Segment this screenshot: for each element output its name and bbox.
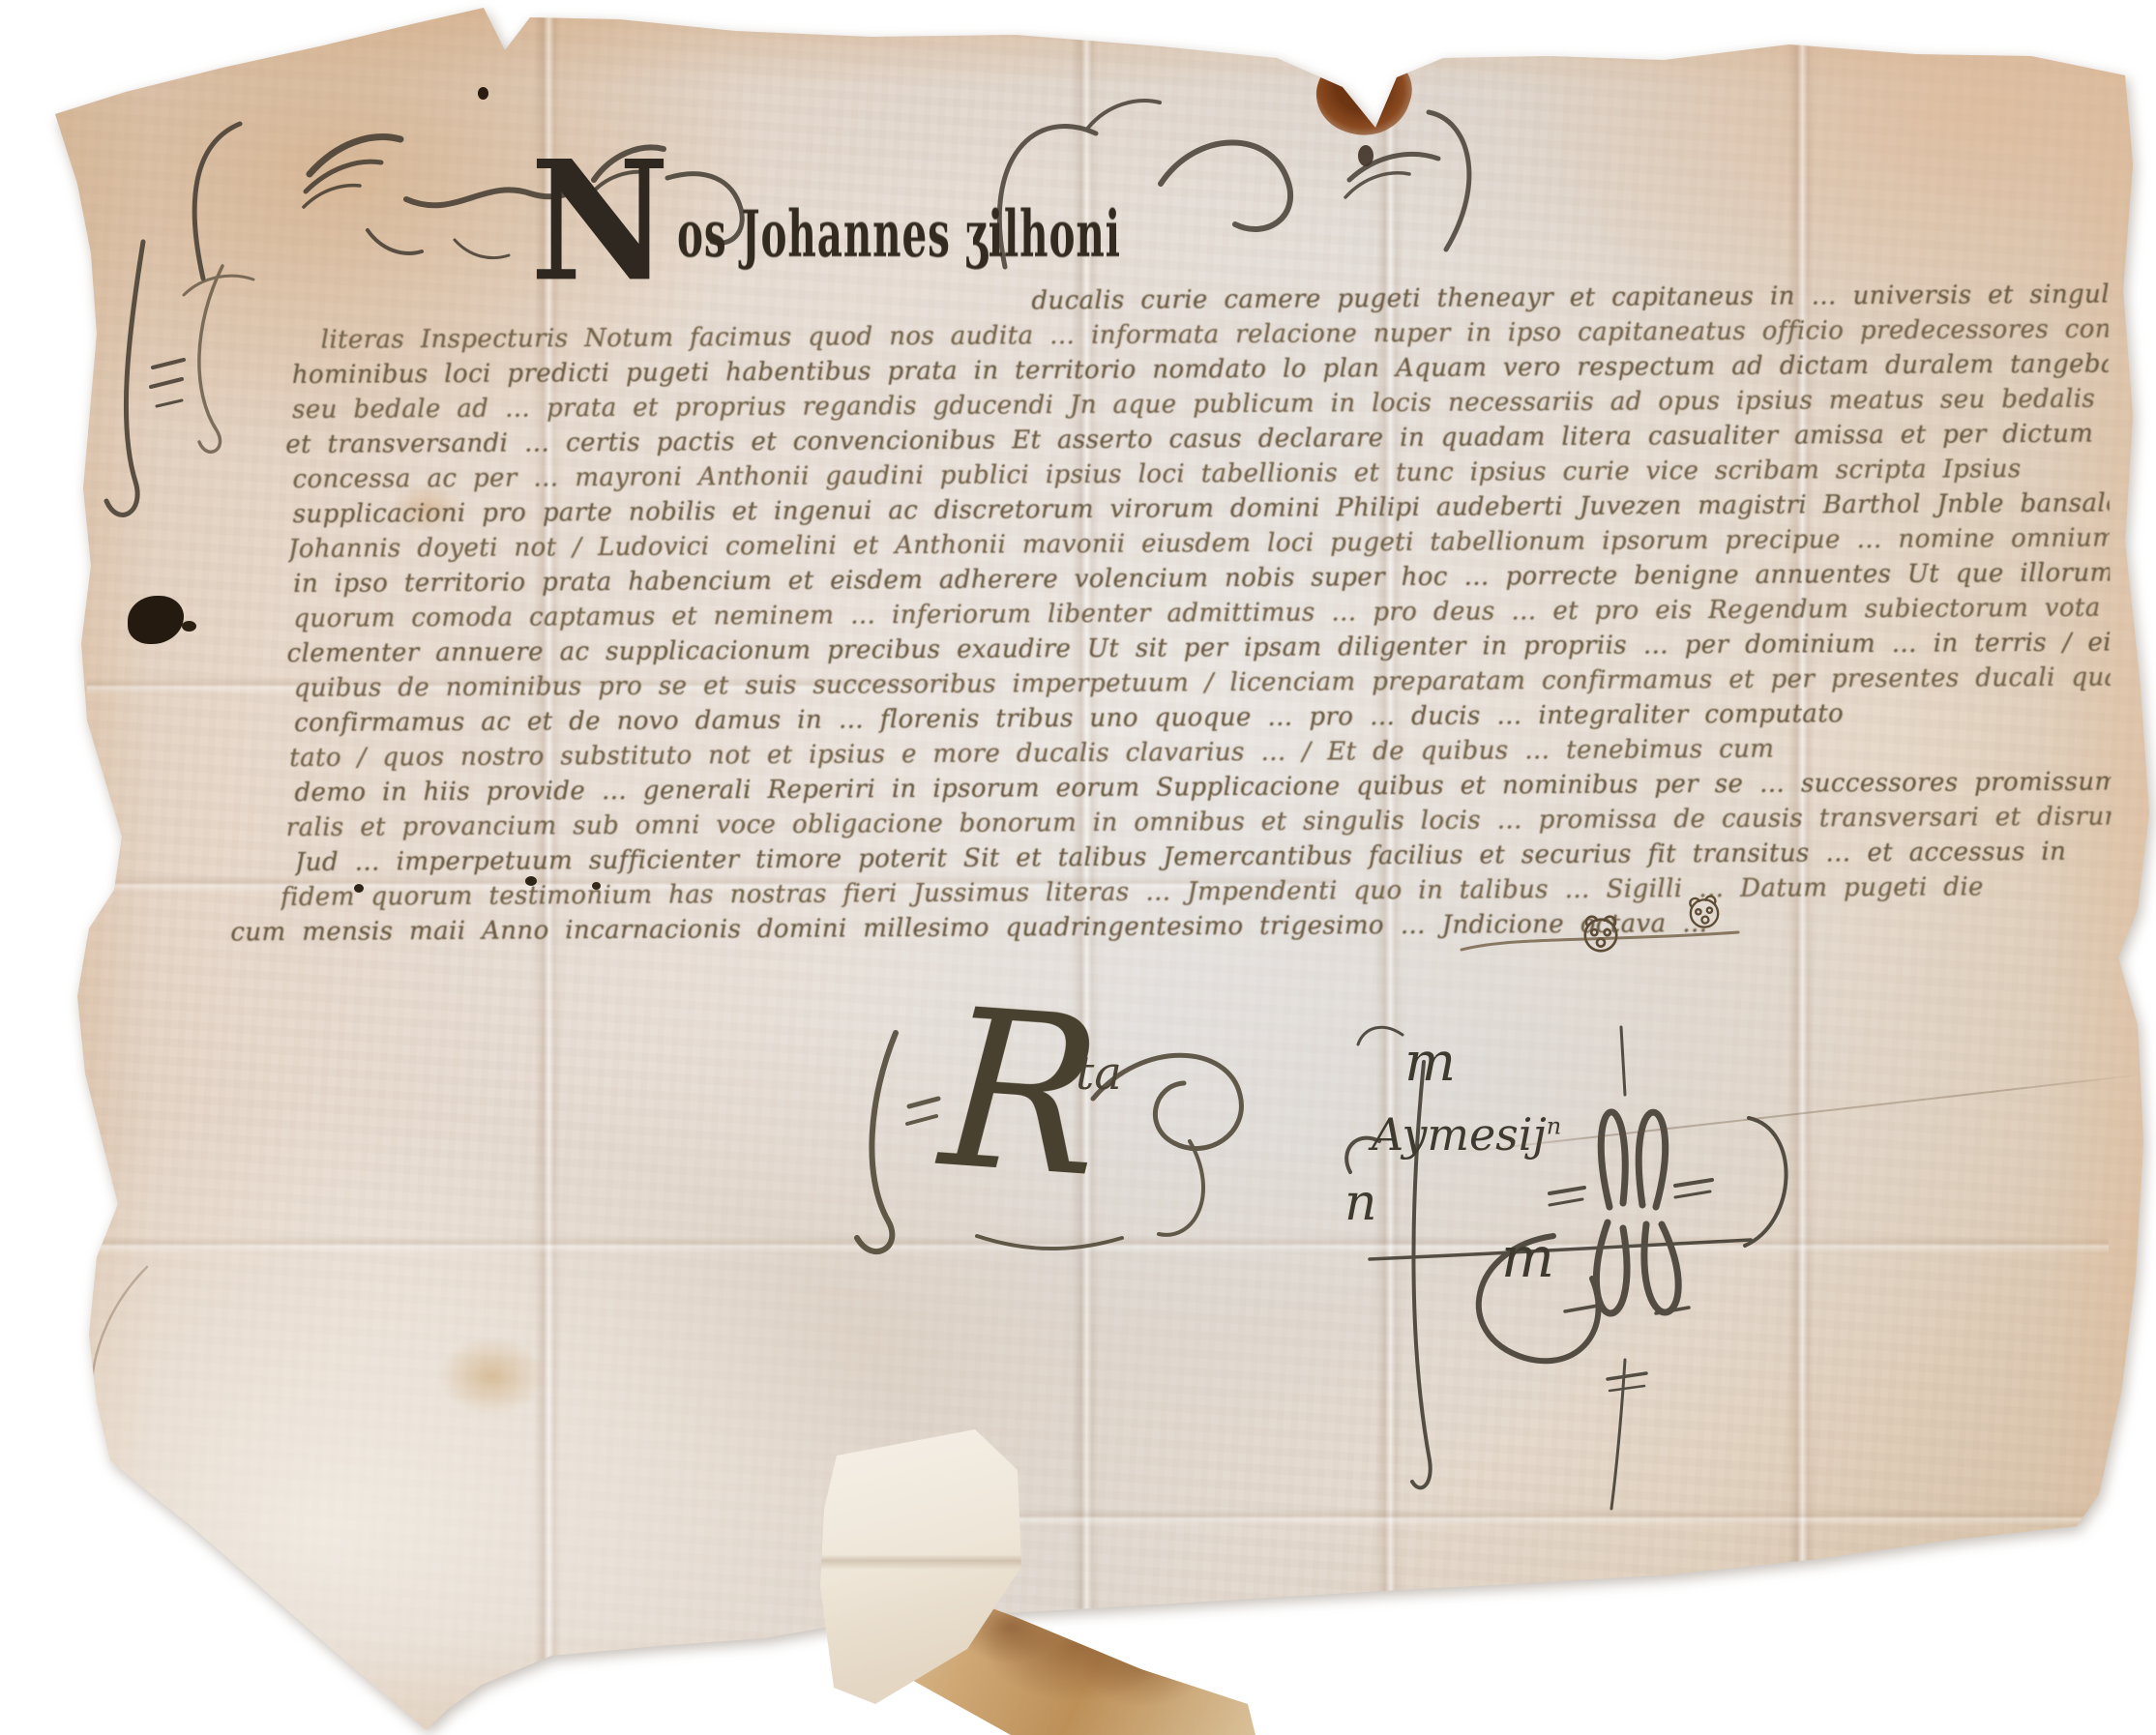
notary-name-superscript: n — [1547, 1113, 1561, 1140]
notary-lower-m: m — [1501, 1224, 1554, 1290]
charter-text-block: ducalis curie camere pugeti theneayr et … — [0, 0, 2156, 1735]
signature-underline-icon — [1456, 921, 1746, 959]
notary-left-n: n — [1344, 1174, 1377, 1232]
manuscript-line: ducalis curie camere pugeti theneayr et … — [1031, 279, 2108, 319]
notary-name: Aymesijn — [1372, 1108, 1561, 1161]
parchment-wrap: N os Johannes ʒilhoni ducalis curie came… — [0, 0, 2156, 1735]
registration-superscript: ta — [1076, 1046, 1122, 1101]
manuscript-photo: N os Johannes ʒilhoni ducalis curie came… — [0, 0, 2156, 1735]
notary-upper-m: m — [1404, 1031, 1456, 1094]
parchment-sheet: N os Johannes ʒilhoni ducalis curie came… — [0, 0, 2156, 1735]
